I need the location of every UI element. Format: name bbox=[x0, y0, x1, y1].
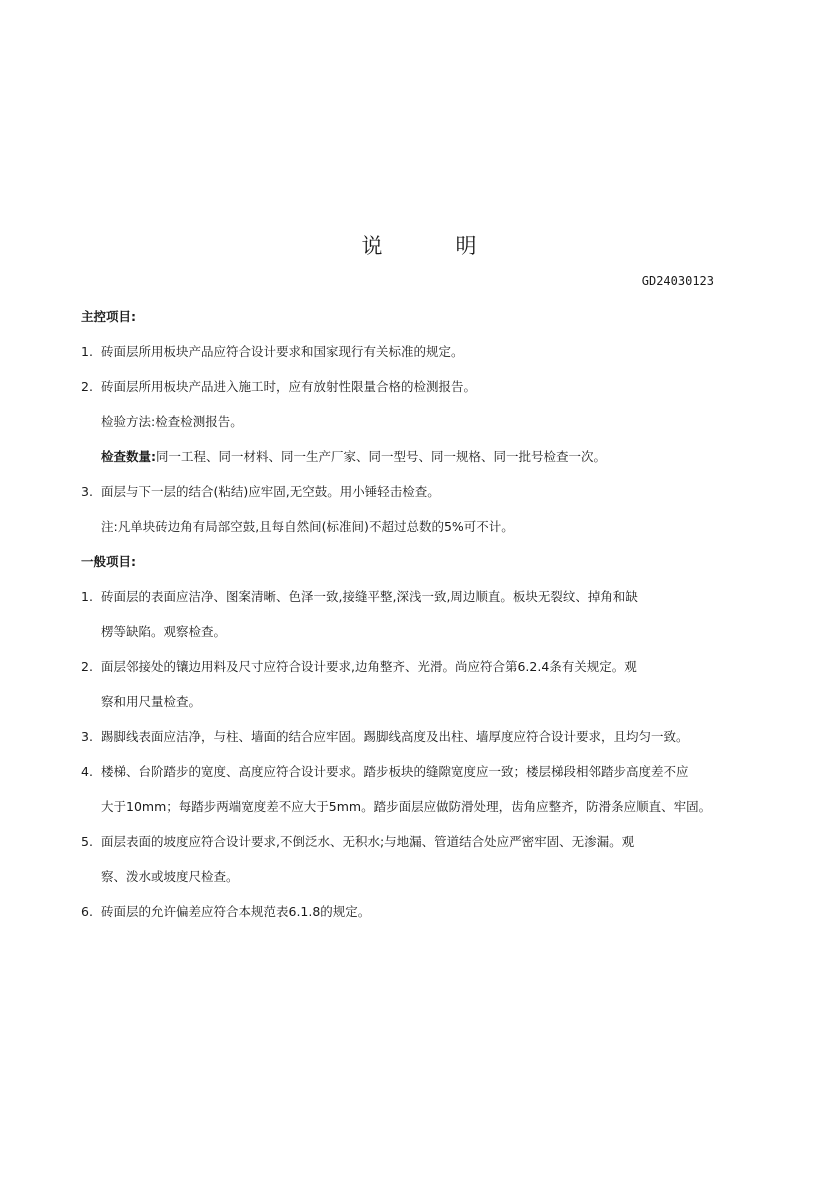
item-number: 4. bbox=[81, 764, 101, 780]
item-text: 面层邻接处的镶边用料及尺寸应符合设计要求,边角整齐、光滑。尚应符合第6.2.4条… bbox=[101, 659, 637, 674]
item-text: 砖面层的表面应洁净、图案清晰、色泽一致,接缝平整,深浅一致,周边顺直。板块无裂纹… bbox=[101, 589, 638, 604]
inspection-quantity: 检查数量:同一工程、同一材料、同一生产厂家、同一型号、同一规格、同一批号检查一次… bbox=[101, 449, 606, 465]
item-number: 5. bbox=[81, 834, 101, 850]
general-item-4: 4.楼梯、台阶踏步的宽度、高度应符合设计要求。踏步板块的缝隙宽度应一致；楼层梯段… bbox=[81, 764, 689, 780]
general-item-5-cont: 察、泼水或坡度尺检查。 bbox=[101, 869, 239, 885]
item-text: 砖面层所用板块产品进入施工时，应有放射性限量合格的检测报告。 bbox=[101, 379, 476, 394]
general-item-5: 5.面层表面的坡度应符合设计要求,不倒泛水、无积水;与地漏、管道结合处应严密牢固… bbox=[81, 834, 634, 850]
general-item-3: 3.踢脚线表面应洁净，与柱、墙面的结合应牢固。踢脚线高度及出柱、墙厚度应符合设计… bbox=[81, 729, 689, 745]
item-number: 3. bbox=[81, 729, 101, 745]
item-number: 2. bbox=[81, 379, 101, 395]
item-number: 3. bbox=[81, 484, 101, 500]
document-code: GD24030123 bbox=[642, 274, 714, 288]
item-text: 砖面层的允许偏差应符合本规范表6.1.8的规定。 bbox=[101, 904, 370, 919]
item-text: 踢脚线表面应洁净，与柱、墙面的结合应牢固。踢脚线高度及出柱、墙厚度应符合设计要求… bbox=[101, 729, 689, 744]
item-number: 1. bbox=[81, 344, 101, 360]
inspection-quantity-text: 同一工程、同一材料、同一生产厂家、同一型号、同一规格、同一批号检查一次。 bbox=[156, 449, 606, 464]
main-item-1: 1.砖面层所用板块产品应符合设计要求和国家现行有关标准的规定。 bbox=[81, 344, 464, 360]
section-heading-general: 一般项目: bbox=[81, 554, 136, 570]
item-number: 2. bbox=[81, 659, 101, 675]
inspection-method-text: 检查检测报告。 bbox=[155, 414, 243, 429]
inspection-method-label: 检验方法: bbox=[101, 414, 155, 429]
item-number: 1. bbox=[81, 589, 101, 605]
inspection-quantity-label: 检查数量: bbox=[101, 449, 156, 464]
general-item-1: 1.砖面层的表面应洁净、图案清晰、色泽一致,接缝平整,深浅一致,周边顺直。板块无… bbox=[81, 589, 638, 605]
inspection-method: 检验方法:检查检测报告。 bbox=[101, 414, 243, 430]
main-item-2: 2.砖面层所用板块产品进入施工时，应有放射性限量合格的检测报告。 bbox=[81, 379, 476, 395]
item-number: 6. bbox=[81, 904, 101, 920]
general-item-1-cont: 楞等缺陷。观察检查。 bbox=[101, 624, 226, 640]
main-item-3-note: 注:凡单块砖边角有局部空鼓,且每自然间(标准间)不超过总数的5%可不计。 bbox=[101, 519, 514, 535]
section-heading-main: 主控项目: bbox=[81, 309, 136, 325]
item-text: 砖面层所用板块产品应符合设计要求和国家现行有关标准的规定。 bbox=[101, 344, 464, 359]
general-item-2: 2.面层邻接处的镶边用料及尺寸应符合设计要求,边角整齐、光滑。尚应符合第6.2.… bbox=[81, 659, 637, 675]
item-text: 楼梯、台阶踏步的宽度、高度应符合设计要求。踏步板块的缝隙宽度应一致；楼层梯段相邻… bbox=[101, 764, 689, 779]
general-item-4-cont: 大于10mm；每踏步两端宽度差不应大于5mm。踏步面层应做防滑处理，齿角应整齐，… bbox=[101, 799, 711, 815]
main-item-3: 3.面层与下一层的结合(粘结)应牢固,无空鼓。用小锤轻击检查。 bbox=[81, 484, 440, 500]
page-title: 说 明 bbox=[0, 230, 838, 260]
item-text: 面层与下一层的结合(粘结)应牢固,无空鼓。用小锤轻击检查。 bbox=[101, 484, 440, 499]
document-page: 说 明 GD24030123 主控项目: 1.砖面层所用板块产品应符合设计要求和… bbox=[0, 0, 838, 1186]
item-text: 面层表面的坡度应符合设计要求,不倒泛水、无积水;与地漏、管道结合处应严密牢固、无… bbox=[101, 834, 634, 849]
general-item-2-cont: 察和用尺量检查。 bbox=[101, 694, 201, 710]
general-item-6: 6.砖面层的允许偏差应符合本规范表6.1.8的规定。 bbox=[81, 904, 370, 920]
